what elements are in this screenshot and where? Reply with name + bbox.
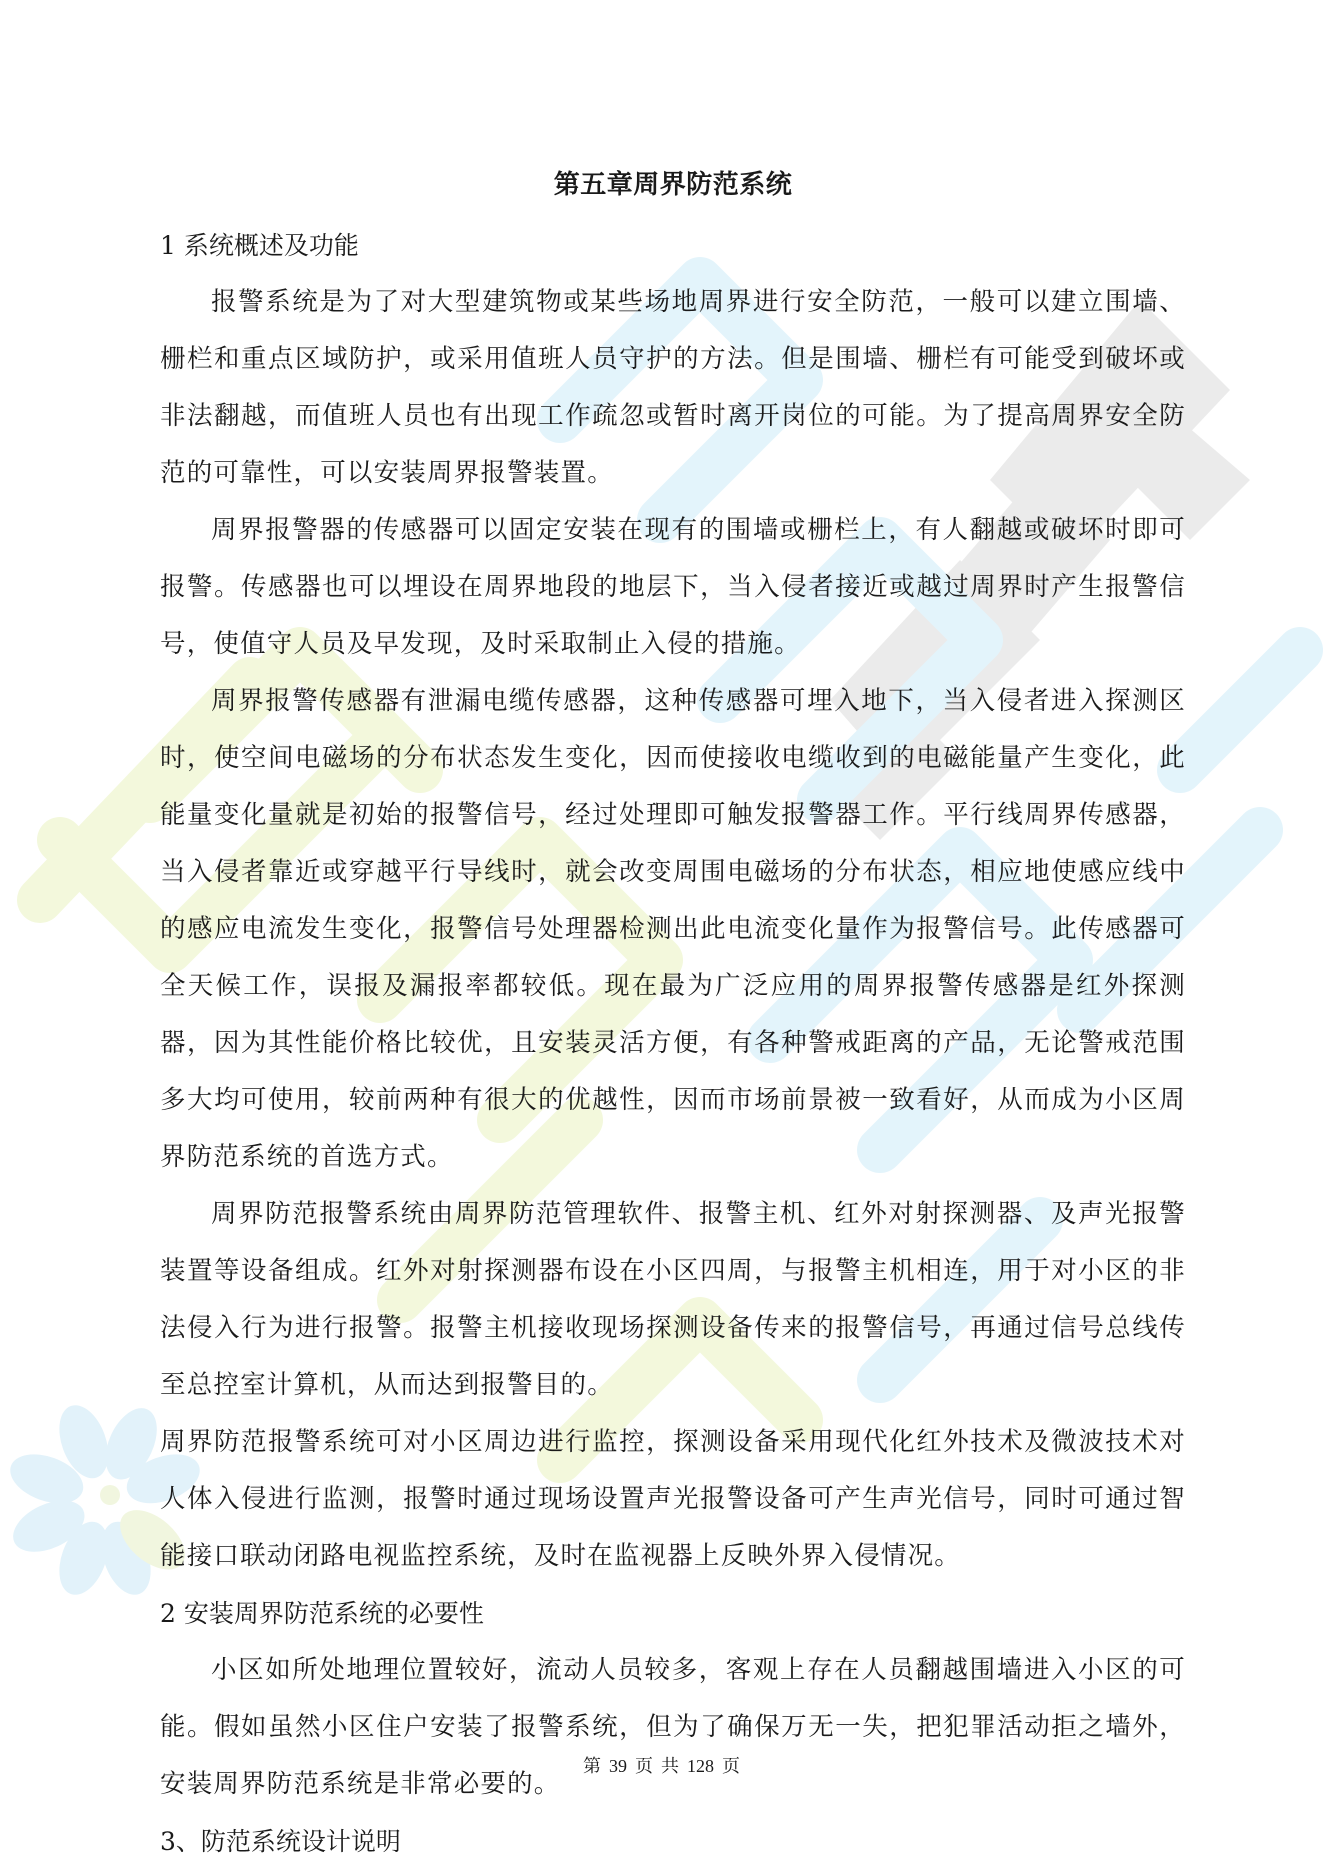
section-heading-1: 1 系统概述及功能 [160,217,1186,274]
section-heading-3: 3、防范系统设计说明 [160,1813,1186,1870]
paragraph: 报警系统是为了对大型建筑物或某些场地周界进行安全防范，一般可以建立围墙、栅栏和重… [160,274,1186,502]
chapter-title: 第五章周界防范系统 [160,165,1186,205]
paragraph: 周界报警器的传感器可以固定安装在现有的围墙或栅栏上，有人翻越或破坏时即可报警。传… [160,502,1186,673]
total-pages-number: 128 [687,1756,714,1776]
footer-prefix: 第 [583,1756,601,1776]
page-footer: 第39页共128页 [0,1752,1323,1778]
document-page: 第五章周界防范系统 1 系统概述及功能 报警系统是为了对大型建筑物或某些场地周界… [160,165,1186,1870]
footer-suffix: 页 [722,1756,740,1776]
paragraph: 周界防范报警系统由周界防范管理软件、报警主机、红外对射探测器、及声光报警装置等设… [160,1186,1186,1414]
paragraph: 小区如所处地理位置较好，流动人员较多，客观上存在人员翻越围墙进入小区的可能。假如… [160,1642,1186,1813]
paragraph-unindented: 周界防范报警系统可对小区周边进行监控，探测设备采用现代化红外技术及微波技术对人体… [160,1414,1186,1585]
section-heading-2: 2 安装周界防范系统的必要性 [160,1585,1186,1642]
current-page-number: 39 [609,1756,627,1776]
footer-total-prefix: 共 [661,1756,679,1776]
paragraph: 周界报警传感器有泄漏电缆传感器，这种传感器可埋入地下，当入侵者进入探测区时，使空… [160,673,1186,1186]
footer-page-word: 页 [635,1756,653,1776]
